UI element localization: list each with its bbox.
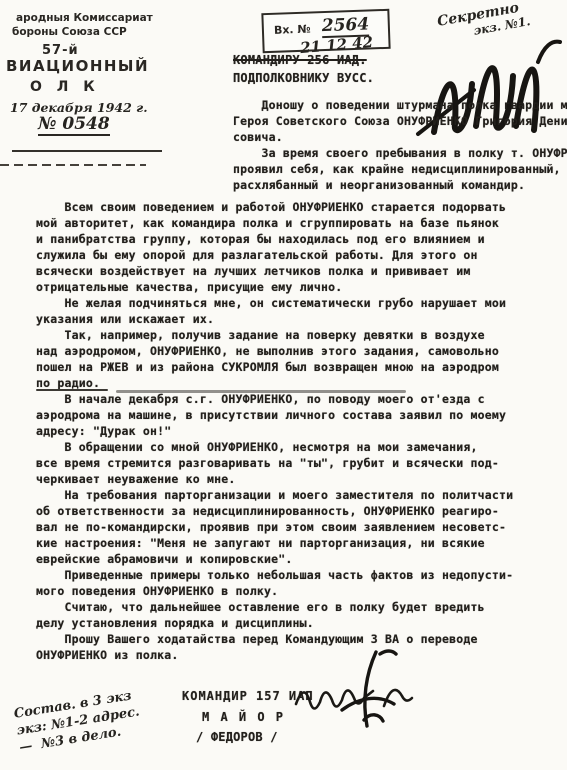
document-number-handwritten: № 0548 (38, 114, 110, 136)
unit-type: ВИАЦИОННЫЙ (6, 57, 149, 75)
rule-line-dashed (0, 164, 146, 166)
paragraph: На требования парторганизации и моего за… (36, 487, 556, 567)
paragraph: Не желая подчиняться мне, он систематиче… (36, 295, 556, 327)
document-page: ародныя Комиссариат бороны Союза ССР 57-… (0, 0, 567, 770)
body-column-right: Доношу о поведении штурмана полка гварди… (233, 97, 563, 193)
paragraph: Прошу Вашего ходатайства перед Командующ… (36, 631, 556, 663)
paragraph: Считаю, что дальнейшее оставление его в … (36, 599, 556, 631)
pencil-underline (36, 389, 108, 391)
paragraph: Так, например, получив задание на поверк… (36, 327, 556, 391)
unit-number: 57-й (42, 43, 79, 58)
signature-rank: М А Й О Р (202, 709, 285, 725)
org-name-line1: ародныя Комиссариат (16, 12, 176, 24)
unit-word: О Л К (30, 79, 100, 95)
addressee-line1: КОМАНДИРУ 256 ИАД. (233, 52, 367, 68)
incoming-stamp-label: Вх. № (274, 23, 311, 37)
paragraph: За время своего пребывания в полку т. ОН… (233, 145, 563, 193)
org-name-line2: бороны Союза ССР (12, 26, 172, 38)
check-mark-scribble (336, 648, 400, 732)
rule-line (12, 150, 162, 152)
signature-name: / ФЕДОРОВ / (196, 729, 278, 745)
body-main: Всем своим поведением и работой ОНУФРИЕН… (36, 199, 556, 663)
copies-note: Состав. в 3 экз экз: №1-2 адрес. — №3 в … (13, 687, 144, 757)
paragraph: Всем своим поведением и работой ОНУФРИЕН… (36, 199, 556, 295)
paragraph: В начале декабря с.г. ОНУФРИЕНКО, по пов… (36, 391, 556, 439)
addressee-line2: ПОДПОЛКОВНИКУ ВУСС. (233, 70, 374, 86)
paragraph: В обращении со мной ОНУФРИЕНКО, несмотря… (36, 439, 556, 487)
registration-date-handwritten: 17 декабря 1942 г. (10, 100, 148, 115)
paragraph: Доношу о поведении штурмана полка гварди… (233, 97, 563, 145)
paragraph: Приведенные примеры только небольшая час… (36, 567, 556, 599)
pencil-underline-smear (116, 390, 406, 393)
